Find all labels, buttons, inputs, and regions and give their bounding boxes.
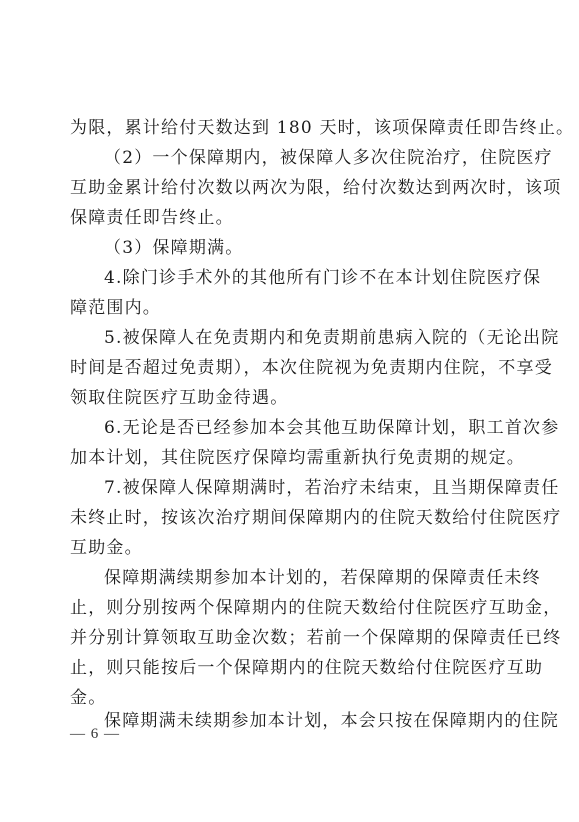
- text-line: 时间是否超过免责期），本次住院视为免责期内住院，不享受: [70, 353, 502, 383]
- text-line: （2）一个保障期内，被保障人多次住院治疗，住院医疗: [104, 143, 502, 173]
- text-line: （3）保障期满。: [104, 233, 502, 263]
- text-line: 加本计划，其住院医疗保障均需重新执行免责期的规定。: [70, 443, 502, 473]
- page-number: — 6 —: [70, 724, 120, 744]
- text-line: 互助金累计给付次数以两次为限，给付次数达到两次时，该项: [70, 173, 502, 203]
- text-line: 止，则分别按两个保障期内的住院天数给付住院医疗互助金，: [70, 593, 502, 623]
- text-line: 5.被保障人在免责期内和免责期前患病入院的（无论出院: [104, 323, 502, 353]
- text-line: 障范围内。: [70, 293, 502, 323]
- text-line: 止，则只能按后一个保障期内的住院天数给付住院医疗互助: [70, 653, 502, 683]
- text-line: 为限，累计给付天数达到 180 天时，该项保障责任即告终止。: [70, 113, 502, 143]
- text-line: 6.无论是否已经参加本会其他互助保障计划，职工首次参: [104, 413, 502, 443]
- text-line: 未终止时，按该次治疗期间保障期内的住院天数给付住院医疗: [70, 503, 502, 533]
- document-page: 为限，累计给付天数达到 180 天时，该项保障责任即告终止。 （2）一个保障期内…: [0, 0, 579, 822]
- text-line: 保障责任即告终止。: [70, 203, 502, 233]
- text-line: 7.被保障人保障期满时，若治疗未结束，且当期保障责任: [104, 473, 502, 503]
- text-line: 领取住院医疗互助金待遇。: [70, 383, 502, 413]
- text-line: 并分别计算领取互助金次数；若前一个保障期的保障责任已终: [70, 623, 502, 653]
- text-line: 保障期满续期参加本计划的，若保障期的保障责任未终: [104, 563, 502, 593]
- text-line: 4.除门诊手术外的其他所有门诊不在本计划住院医疗保: [104, 263, 502, 293]
- text-line: 互助金。: [70, 533, 502, 563]
- text-line: 保障期满未续期参加本计划，本会只按在保障期内的住院: [104, 706, 502, 736]
